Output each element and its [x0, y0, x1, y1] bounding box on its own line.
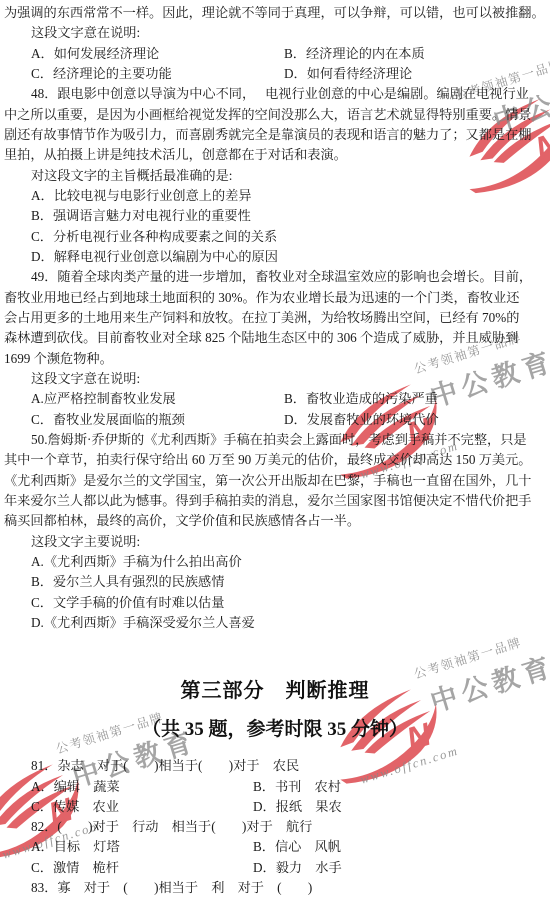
- option-cell-left: C．经济理论的主要功能: [31, 64, 172, 84]
- text-line: 48．跟电影中创意以导演为中心不同， 电视行业创意的中心是编剧。编剧在电视行业: [0, 84, 550, 104]
- option-cell-left: A．目标 灯塔: [31, 837, 120, 857]
- option-cell-right: B．畜牧业造成的污染严重: [284, 389, 438, 409]
- text-line: C．传媒 农业D．报纸 果农: [0, 797, 550, 817]
- text-line: A.应严格控制畜牧业发展B．畜牧业造成的污染严重: [0, 389, 550, 409]
- option-cell-right: D．毅力 水手: [253, 858, 342, 878]
- option-cell-left: A．如何发展经济理论: [31, 44, 159, 64]
- option-cell-right: B．经济理论的内在本质: [284, 44, 425, 64]
- text-line: A.《尤利西斯》手稿为什么拍出高价: [0, 552, 550, 572]
- option-cell-right: D．发展畜牧业的环境代价: [284, 410, 439, 430]
- text-line: A．目标 灯塔B．信心 风帆: [0, 837, 550, 857]
- text-line: C．分析电视行业各种构成要素之间的关系: [0, 227, 550, 247]
- text-line: 剧还有故事情节作为吸引力，而喜剧秀就完全是靠演员的表现和语言的魅力了；又都是在棚: [0, 125, 550, 145]
- option-cell-left: C．畜牧业发展面临的瓶颈: [31, 410, 185, 430]
- text-line: 中之所以重要，是因为小画框给视觉发挥的空间没那么大，语言艺术就显得特别重要。情景: [0, 105, 550, 125]
- text-line: A．比较电视与电影行业创意上的差异: [0, 186, 550, 206]
- option-cell-left: C．激情 桅杆: [31, 858, 119, 878]
- text-line: C．文学手稿的价值有时难以估量: [0, 593, 550, 613]
- verbal-section-lines: 为强调的东西常常不一样。因此，理论就不等同于真理，可以争辩，可以错，也可以被推翻…: [0, 3, 550, 633]
- text-line: 里拍，从拍摄上讲是纯技术活儿，创意都在于对话和表演。: [0, 145, 550, 165]
- text-line: 82．( )对于 行动 相当于( )对于 航行: [0, 817, 550, 837]
- text-line: A．编辑 蔬菜B．书刊 农村: [0, 777, 550, 797]
- option-cell-right: B．信心 风帆: [253, 837, 341, 857]
- text-line: 50.詹姆斯·乔伊斯的《尤利西斯》手稿在拍卖会上露面时，考虑到手稿并不完整，只是: [0, 430, 550, 450]
- text-line: C．畜牧业发展面临的瓶颈D．发展畜牧业的环境代价: [0, 410, 550, 430]
- text-line: D.《尤利西斯》手稿深受爱尔兰人喜爱: [0, 613, 550, 633]
- text-line: 这段文字意在说明:: [0, 23, 550, 43]
- judgement-section-lines: 81．杂志 对于( )相当于( )对于 农民A．编辑 蔬菜B．书刊 农村C．传媒…: [0, 756, 550, 898]
- text-line: 森林遭到砍伐。目前畜牧业对全球 825 个陆地生态区中的 306 个造成了威胁，…: [0, 328, 550, 348]
- option-cell-right: D．如何看待经济理论: [284, 64, 412, 84]
- text-line: 这段文字意在说明:: [0, 369, 550, 389]
- text-line: 83．寡 对于 ( )相当于 利 对于 ( ): [0, 878, 550, 898]
- text-line: A．如何发展经济理论B．经济理论的内在本质: [0, 44, 550, 64]
- option-cell-left: A．编辑 蔬菜: [31, 777, 120, 797]
- exam-page: N 公考领袖第一品牌 中公教育 www.offcn.com N 公考领袖第一品牌…: [0, 0, 550, 900]
- text-line: 年来爱尔兰人都以此为憾事。得到手稿拍卖的消息，爱尔兰国家图书馆便决定不惜代价把手: [0, 491, 550, 511]
- text-line: 畜牧业用地已经占到地球土地面积的 30%。作为农业增长最为迅速的一个门类，畜牧业…: [0, 288, 550, 308]
- text-line: 81．杂志 对于( )相当于( )对于 农民: [0, 756, 550, 776]
- document-text: 为强调的东西常常不一样。因此，理论就不等同于真理，可以争辩，可以错，也可以被推翻…: [0, 0, 550, 900]
- text-line: 对这段文字的主旨概括最准确的是:: [0, 166, 550, 186]
- text-line: 1699 个濒危物种。: [0, 349, 550, 369]
- text-line: 为强调的东西常常不一样。因此，理论就不等同于真理，可以争辩，可以错，也可以被推翻…: [0, 3, 550, 23]
- part3-subtitle: （共 35 题，参考时限 35 分钟）: [0, 718, 550, 742]
- text-line: B．强调语言魅力对电视行业的重要性: [0, 206, 550, 226]
- text-line: C．经济理论的主要功能D．如何看待经济理论: [0, 64, 550, 84]
- text-line: 49．随着全球肉类产量的进一步增加，畜牧业对全球温室效应的影响也会增长。目前，: [0, 267, 550, 287]
- option-cell-left: A.应严格控制畜牧业发展: [31, 389, 176, 409]
- text-line: B．爱尔兰人具有强烈的民族感情: [0, 572, 550, 592]
- part3-title: 第三部分 判断推理: [0, 679, 550, 703]
- text-line: 会占用更多的土地用来生产饲料和放牧。在拉丁美洲，为给牧场腾出空间，已经有 70%…: [0, 308, 550, 328]
- text-line: 这段文字主要说明:: [0, 532, 550, 552]
- option-cell-right: D．报纸 果农: [253, 797, 342, 817]
- text-line: C．激情 桅杆D．毅力 水手: [0, 858, 550, 878]
- text-line: 其中一个章节，拍卖行保守给出 60 万至 90 万美元的估价，最终成交价却高达 …: [0, 450, 550, 470]
- option-cell-right: B．书刊 农村: [253, 777, 341, 797]
- option-cell-left: C．传媒 农业: [31, 797, 119, 817]
- text-line: 稿买回都柏林，最终的高价，文学价值和民族感情各占一半。: [0, 511, 550, 531]
- text-line: 《尤利西斯》是爱尔兰的文学国宝，第一次公开出版却在巴黎，手稿也一直留在国外，几十: [0, 471, 550, 491]
- text-line: D．解释电视行业创意以编剧为中心的原因: [0, 247, 550, 267]
